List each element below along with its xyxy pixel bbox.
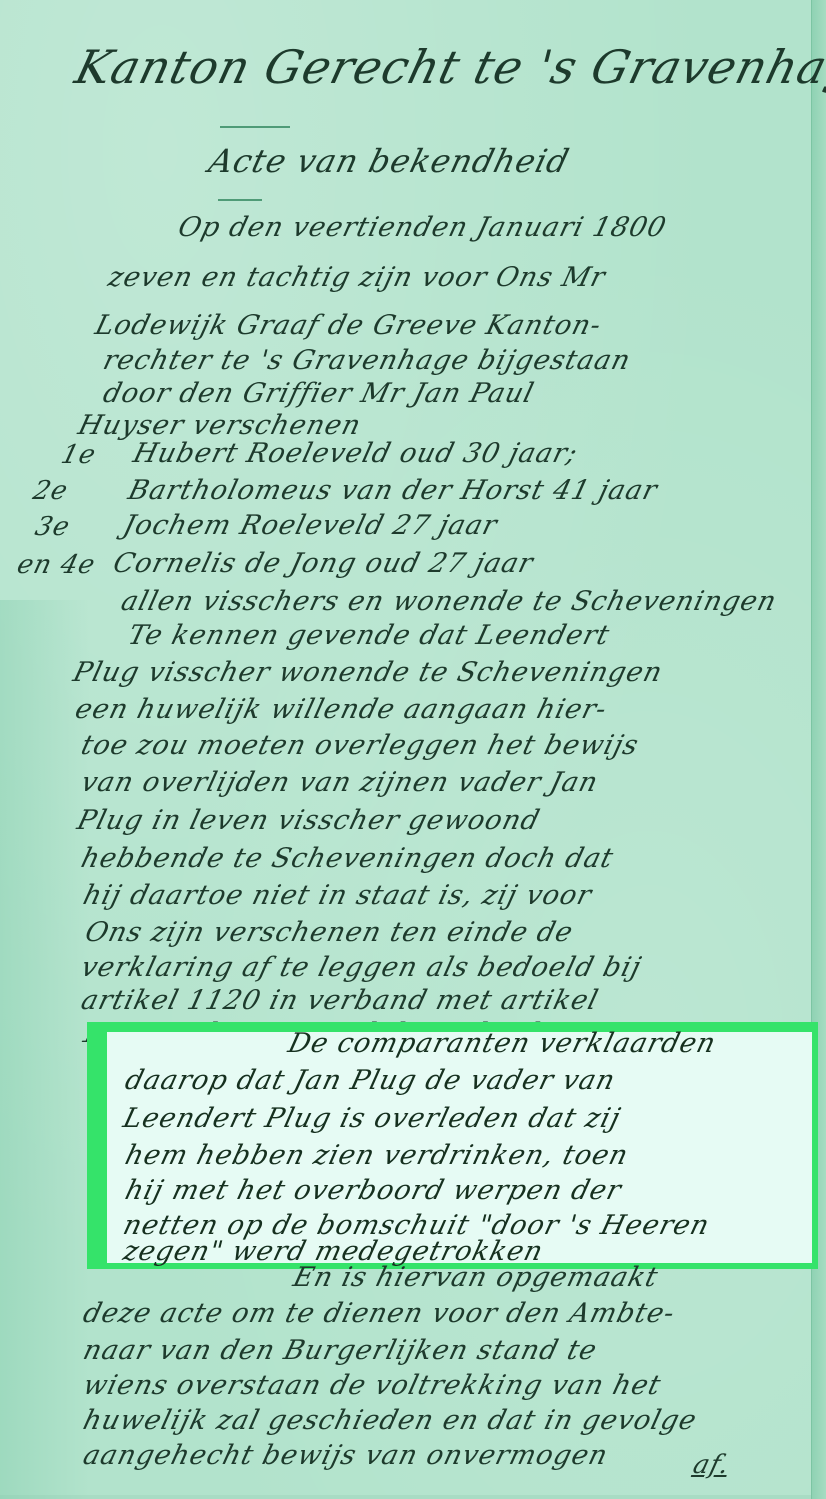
text-line: van overlijden van zijnen vader Jan — [78, 767, 602, 798]
text-line: zeven en tachtig zijn voor Ons Mr — [105, 262, 609, 293]
text-line: verklaring af te leggen als bedoeld bij — [78, 952, 645, 983]
text-line: toe zou moeten overleggen het bewijs — [78, 730, 642, 761]
text-line: Ons zijn verschenen ten einde de — [82, 917, 577, 948]
text-line: hebbende te Scheveningen doch dat — [78, 843, 617, 874]
text-line: Hubert Roeleveld oud 30 jaar; — [130, 438, 581, 469]
text-line: hij daartoe niet in staat is, zij voor — [80, 880, 595, 911]
text-line: Jochem Roeleveld 27 jaar — [120, 510, 501, 541]
text-line: huwelijk zal geschieden en dat in gevolg… — [80, 1405, 700, 1436]
enumerator: en 4e — [14, 550, 99, 580]
title-divider — [220, 126, 290, 128]
document-title: Kanton Gerecht te 's Gravenhage — [70, 40, 826, 94]
text-line: Plug visscher wonende te Scheveningen — [70, 657, 666, 688]
text-line: Lodewijk Graaf de Greeve Kanton- — [92, 310, 605, 341]
text-line: allen visschers en wonende te Schevening… — [118, 586, 780, 617]
highlighted-line: De comparanten verklaarden — [285, 1028, 719, 1059]
highlighted-line: hij met het overboord werpen der — [122, 1175, 625, 1206]
text-line: Op den veertienden Januari 1800 — [175, 212, 670, 243]
text-line: Huyser verschenen — [75, 410, 364, 441]
signature: af. — [690, 1450, 733, 1480]
text-line: wiens overstaan de voltrekking van het — [80, 1370, 664, 1401]
page-shadow — [0, 600, 90, 1499]
text-line: een huwelijk willende aangaan hier- — [72, 694, 610, 725]
text-line: aangehecht bewijs van onvermogen — [80, 1440, 611, 1471]
text-line: Te kennen gevende dat Leendert — [125, 620, 613, 651]
page-edge — [811, 0, 826, 1499]
text-line: rechter te 's Gravenhage bijgestaan — [100, 345, 634, 376]
text-line: artikel 1120 in verband met artikel — [78, 985, 602, 1016]
text-line: Bartholomeus van der Horst 41 jaar — [125, 475, 661, 506]
text-line: naar van den Burgerlijken stand te — [80, 1335, 601, 1366]
text-line: Plug in leven visscher gewoond — [74, 805, 543, 836]
highlighted-line: Leendert Plug is overleden dat zij — [120, 1103, 624, 1134]
text-line: Cornelis de Jong oud 27 jaar — [110, 548, 537, 579]
document-subtitle: Acte van bekendheid — [205, 142, 574, 180]
subtitle-divider — [218, 199, 262, 201]
highlighted-line: hem hebben zien verdrinken, toen — [122, 1140, 632, 1171]
text-line: deze acte om te dienen voor den Ambte- — [80, 1298, 678, 1329]
text-line: door den Griffier Mr Jan Paul — [100, 378, 538, 409]
text-line: En is hiervan opgemaakt — [290, 1262, 662, 1293]
highlighted-line: daarop dat Jan Plug de vader van — [122, 1065, 619, 1096]
